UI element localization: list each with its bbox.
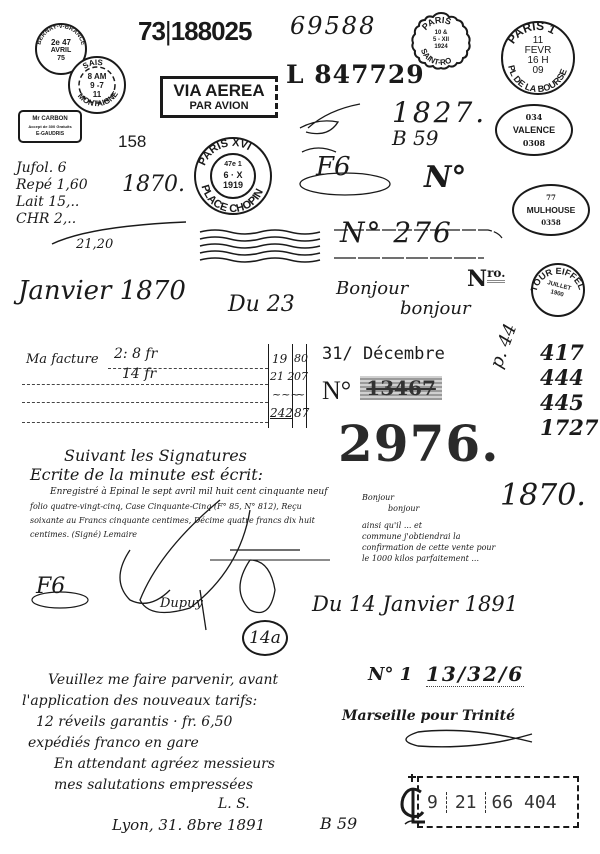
marseille-underline-icon — [398, 726, 538, 750]
handwritten-b59-top: B 59 — [392, 126, 439, 150]
handwritten-bonjour-2: bonjour — [400, 298, 471, 319]
monogram-cl-emblem — [378, 772, 412, 828]
handwritten-69588: 69588 — [290, 12, 376, 40]
handwritten-du-14-janvier-1891: Du 14 Janvier 1891 — [312, 592, 518, 616]
handwritten-letter: Veuillez me faire parvenir, avant l'appl… — [22, 670, 278, 796]
stamp-line: 0308 — [523, 138, 545, 148]
handwritten-janvier-1870: Janvier 1870 — [18, 276, 186, 306]
postmark-paris-1: PARIS 1 PL DE LA BOURSE 11 FEVR 16 H 09 — [500, 20, 576, 96]
oval-stamp-valence: 034 VALENCE 0308 — [495, 104, 573, 156]
letter-line: 12 réveils garantis · fr. 6,50 — [36, 712, 278, 733]
handwritten-number-column: 417 444 445 1727 — [540, 340, 598, 440]
oval-flourish-icon — [298, 170, 392, 198]
invoice-fragment: Ma facture 2: 8 fr 14 fr 19 80 21 2 07 ~… — [22, 340, 308, 430]
via-aerea-stamp: VIA AEREA PAR AVION — [160, 76, 278, 118]
handwritten-small-note: Bonjour bonjour ainsi qu'il ... et commu… — [362, 492, 495, 564]
note-line: commune j'obtiendrai la — [362, 531, 495, 542]
postmark-line: 1919 — [193, 180, 273, 190]
handwritten-1827: 1827. — [392, 96, 487, 129]
number-prefix: 73 — [138, 16, 165, 46]
invoice-row-note: 14 fr — [122, 366, 156, 382]
wavy-cancel-lines-icon — [200, 228, 320, 268]
numbered-ticket-box: 9 21 66 404 — [417, 776, 579, 828]
invoice-label: Ma facture — [26, 352, 99, 367]
number-main: 188025 — [171, 16, 252, 46]
ledger-line: Jufol. 6 — [16, 160, 88, 177]
ticket-segment: 21 — [447, 792, 486, 813]
stamp-line: E-GAUDRIS — [20, 131, 80, 137]
stamp-line: Mr CARBON — [20, 116, 80, 122]
postmark-line: 47e 1 — [193, 160, 273, 170]
handwritten-no-1: N° 1 — [368, 664, 412, 685]
via-aerea-title: VIA AEREA — [163, 82, 275, 100]
postmark-line: 09 — [500, 66, 576, 76]
ledger-stroke-icon — [50, 218, 190, 248]
stamped-number: 13467 — [360, 376, 442, 400]
printed-big-number-2976: 2976. — [338, 414, 500, 473]
nro-suffix: ro. — [487, 266, 505, 283]
postmark-line: 2e 47 — [34, 39, 88, 47]
ornamental-no-mark: N° — [424, 160, 466, 195]
printed-number-73188025: 73|188025 — [138, 16, 251, 47]
postmark-line: 5 - XII — [410, 37, 472, 44]
letter-line: En attendant agréez messieurs — [54, 754, 278, 775]
flourish-icon — [298, 100, 368, 160]
handwritten-signature-dupuy: Dupuy — [160, 596, 203, 611]
note-line: bonjour — [388, 503, 495, 514]
note-line: ainsi qu'il ... et — [362, 520, 495, 531]
handwritten-bonjour-1: Bonjour — [336, 278, 408, 299]
ticket-segment: 9 — [419, 792, 447, 813]
number-label: N° — [322, 376, 351, 405]
letter-line: Veuillez me faire parvenir, avant — [48, 670, 278, 691]
stamp-name: VALENCE — [513, 125, 555, 135]
handwritten-1870-b: 1870. — [500, 478, 586, 513]
letter-line: expédiés franco en gare — [28, 733, 278, 754]
minute-line: Suivant les Signatures — [64, 446, 340, 465]
circled-mark-14a: 14a — [242, 620, 288, 656]
invoice-cents: 07 — [294, 370, 308, 383]
printed-l-847729: L 847729 — [286, 60, 425, 89]
handwritten-lyon-date: Lyon, 31. 8bre 1891 — [112, 816, 265, 834]
note-line: le 1000 kilos parfaitement ... — [362, 553, 495, 564]
carbon-label-stamp: Mr CARBON Accept de 300 Gratuits E-GAUDR… — [18, 110, 82, 143]
postmark-montaigne: SAIS MONTAIGNE 8 AM 9 -7 11 — [67, 55, 127, 115]
postmark-paris-xvi: PARIS XVI PLACE CHOPIN 47e 1 6 · X 1919 — [193, 136, 273, 216]
postmark-line: 6 · X — [193, 170, 273, 180]
invoice-total-cents: 87 — [294, 406, 309, 420]
stamp-name: MULHOUSE — [527, 205, 576, 215]
postmark-line: 8 AM — [67, 72, 127, 81]
oval-stamp-mulhouse: 77 MULHOUSE 0358 — [512, 184, 590, 236]
printed-number-158: 158 — [118, 132, 146, 152]
handwritten-initials: L. S. — [218, 796, 250, 812]
postmark-line: AVRIL — [34, 47, 88, 55]
invoice-cents: 80 — [294, 352, 308, 365]
letter-line: l'application des nouveaux tarifs: — [22, 691, 278, 712]
postmark-paris-saint-ro: PARIS SAINT-RO 10 & 5 - XII 1924 — [410, 10, 472, 72]
handwritten-du-23: Du 23 — [228, 292, 295, 317]
column-number: 417 — [540, 340, 598, 365]
handwritten-b59-bottom: B 59 — [320, 814, 357, 833]
invoice-row-note: 2: 8 fr — [114, 346, 157, 362]
letter-line: mes salutations empressées — [54, 775, 278, 796]
handwritten-no-1-value: 13/32/6 — [426, 662, 524, 687]
note-line: confirmation de cette vente pour — [362, 542, 495, 553]
printed-nro-mark: Nro. — [467, 266, 505, 292]
invoice-amount: 19 — [272, 352, 287, 366]
stamp-line: 77 — [546, 193, 556, 202]
postmark-line: 11 — [67, 90, 127, 99]
handwritten-page-44: p. 44 — [486, 321, 521, 371]
postmark-tour-eiffel: TOUR EIFFEL JUILLET 1900 — [530, 262, 586, 318]
stamp-line: Accept de 300 Gratuits — [20, 124, 80, 129]
nro-letter: N — [467, 266, 487, 292]
stamp-line: 0358 — [541, 218, 560, 227]
minute-line: Ecrite de la minute est écrit: — [30, 465, 340, 484]
column-number: 1727 — [540, 415, 598, 440]
invoice-total: 242 — [270, 406, 293, 420]
postmark-line: 10 & — [410, 30, 472, 37]
invoice-cents: ~ — [296, 388, 305, 401]
ledger-line: Repé 1,60 — [16, 177, 88, 194]
via-aerea-subtitle: PAR AVION — [163, 100, 275, 112]
numbered-label: N° 13467 — [322, 376, 442, 406]
stamp-line: 034 — [526, 112, 543, 122]
note-line: Bonjour — [362, 492, 495, 503]
postmark-line: 1924 — [410, 44, 472, 51]
ledger-line: Lait 15,.. — [16, 194, 88, 211]
typed-date-31-decembre: 31/ Décembre — [322, 344, 445, 364]
postmark-line: 9 -7 — [67, 81, 127, 90]
column-number: 445 — [540, 390, 598, 415]
no276-underline-icon — [332, 224, 504, 264]
column-number: 444 — [540, 365, 598, 390]
f6-oval-icon — [30, 590, 90, 610]
invoice-amount: 21 2 — [270, 370, 295, 383]
handwritten-marseille-signature: Marseille pour Trinité — [342, 708, 515, 724]
handwritten-1870-a: 1870. — [122, 172, 185, 197]
signature-flourish-icon — [100, 490, 330, 630]
ticket-segment: 66 404 — [486, 792, 563, 813]
